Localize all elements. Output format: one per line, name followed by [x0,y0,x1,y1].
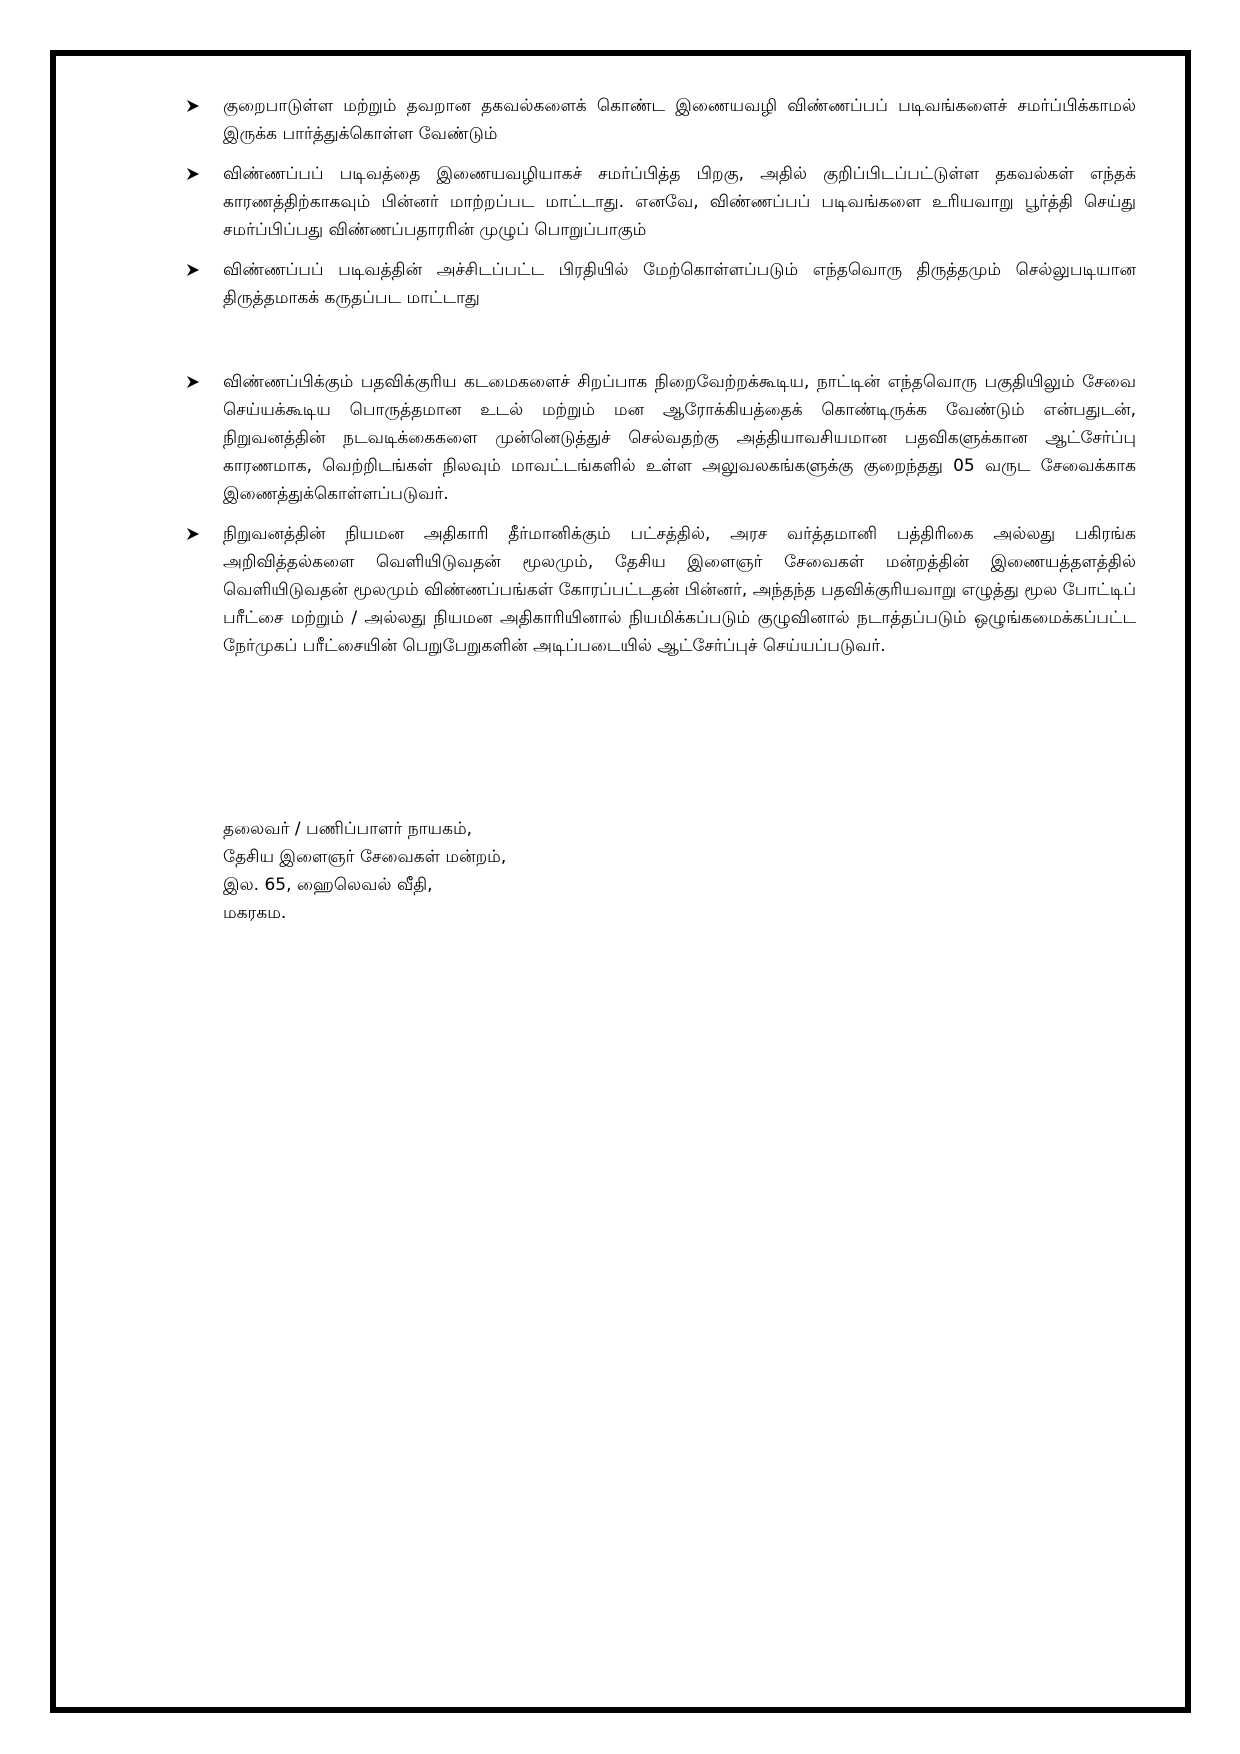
bullet-text: குறைபாடுள்ள மற்றும் தவறான தகவல்களைக் கொண… [223,92,1136,148]
arrowhead-bullet-icon [186,99,200,113]
signature-address-city: மகரகம. [223,899,506,927]
arrowhead-bullet-icon [186,263,200,277]
bullet-item-no-changes-after-submit: விண்ணப்பப் படிவத்தை இணையவழியாகச் சமர்ப்ப… [186,160,1136,244]
bullet-text: விண்ணப்பப் படிவத்தின் அச்சிடப்பட்ட பிரதி… [223,256,1136,312]
signature-address-street: இல. 65, ஹைலெவல் வீதி, [223,871,506,899]
signature-organization: தேசிய இளைஞர் சேவைகள் மன்றம், [223,843,506,871]
arrowhead-bullet-icon [186,167,200,181]
arrowhead-bullet-icon [186,527,200,541]
signature-title: தலைவர் / பணிப்பாளர் நாயகம், [223,815,506,843]
signature-block: தலைவர் / பணிப்பாளர் நாயகம், தேசிய இளைஞர்… [223,815,506,927]
document-body: குறைபாடுள்ள மற்றும் தவறான தகவல்களைக் கொண… [186,92,1136,672]
bullet-item-printed-corrections: விண்ணப்பப் படிவத்தின் அச்சிடப்பட்ட பிரதி… [186,256,1136,312]
bullet-item-recruitment-process: நிறுவனத்தின் நியமன அதிகாரி தீர்மானிக்கும… [186,520,1136,660]
bullet-text: விண்ணப்பப் படிவத்தை இணையவழியாகச் சமர்ப்ப… [223,160,1136,244]
bullet-text: விண்ணப்பிக்கும் பதவிக்குரிய கடமைகளைச் சி… [223,368,1136,508]
bullet-text: நிறுவனத்தின் நியமன அதிகாரி தீர்மானிக்கும… [223,520,1136,660]
bullet-item-service-requirement: விண்ணப்பிக்கும் பதவிக்குரிய கடமைகளைச் சி… [186,368,1136,508]
bullet-item-incorrect-info: குறைபாடுள்ள மற்றும் தவறான தகவல்களைக் கொண… [186,92,1136,148]
arrowhead-bullet-icon [186,375,200,389]
